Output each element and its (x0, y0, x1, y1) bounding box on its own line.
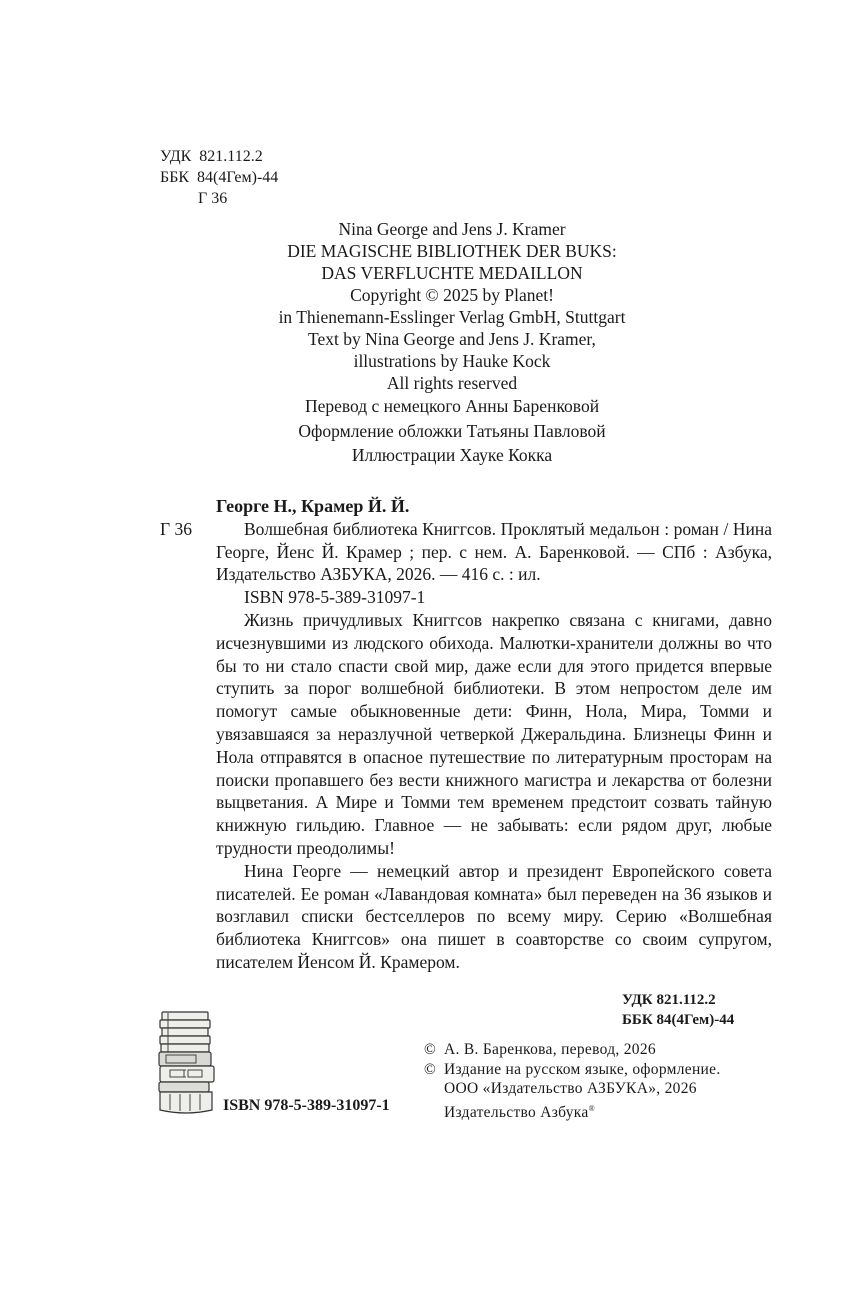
copyright-text: Издание на русском языке, оформление. (444, 1060, 721, 1080)
copyright-symbol: © (424, 1060, 444, 1080)
copyright-symbol (424, 1099, 444, 1123)
book-stack-icon (156, 1010, 216, 1114)
bbk-code: ББК 84(4Гем)-44 (622, 1010, 734, 1030)
credit-line: DAS VERFLUCHTE MEDAILLON (200, 262, 704, 284)
copyright-text: ООО «Издательство АЗБУКА», 2026 (444, 1079, 697, 1099)
bibliographic-record: Георге Н., Крамер Й. Й. Г 36 Волшебная б… (160, 495, 772, 974)
copyright-symbol (424, 1079, 444, 1099)
udk-code: УДК 821.112.2 (622, 990, 734, 1010)
isbn-footer: ISBN 978-5-389-31097-1 (223, 1097, 390, 1115)
copyright-line: © Издание на русском языке, оформление. (424, 1060, 721, 1080)
credits-block: Nina George and Jens J. Kramer DIE MAGIS… (200, 218, 704, 468)
bibliographic-description: Волшебная библиотека Книггсов. Проклятый… (216, 518, 772, 586)
copyright-text: А. В. Баренкова, перевод, 2026 (444, 1040, 656, 1060)
isbn: ISBN 978-5-389-31097-1 (244, 586, 772, 609)
credit-line: Copyright © 2025 by Planet! (200, 284, 704, 306)
copyright-symbol: © (424, 1040, 444, 1060)
credit-line: illustrations by Hauke Kock (200, 350, 704, 372)
classification-codes: УДК 821.112.2 ББК 84(4Гем)-44 Г 36 (160, 146, 278, 209)
copyright-line: © А. В. Баренкова, перевод, 2026 (424, 1040, 721, 1060)
credit-line: in Thienemann-Esslinger Verlag GmbH, Stu… (200, 306, 704, 328)
publisher-name: Издательство Азбука® (444, 1099, 595, 1123)
credit-line: Text by Nina George and Jens J. Kramer, (200, 328, 704, 350)
footer-codes: УДК 821.112.2 ББК 84(4Гем)-44 (622, 990, 734, 1030)
copyright-block: © А. В. Баренкова, перевод, 2026 © Издан… (424, 1040, 721, 1122)
author-mark: Г 36 (160, 188, 278, 209)
bbk-code: ББК 84(4Гем)-44 (160, 167, 278, 188)
copyright-text: Издательство Азбука (444, 1104, 589, 1121)
credit-line: All rights reserved (200, 372, 704, 394)
registered-mark: ® (589, 1104, 595, 1113)
annotation: Жизнь причудливых Книггсов накрепко связ… (216, 609, 772, 860)
copyright-line: ООО «Издательство АЗБУКА», 2026 (424, 1079, 721, 1099)
copyright-line: Издательство Азбука® (424, 1099, 721, 1123)
author-heading: Георге Н., Крамер Й. Й. (216, 495, 772, 518)
credit-line: DIE MAGISCHE BIBLIOTHEK DER BUKS: (200, 240, 704, 262)
author-bio: Нина Георге — немецкий автор и президент… (216, 860, 772, 974)
translator-credit: Перевод с немецкого Анны Баренковой (200, 394, 704, 419)
cover-design-credit: Оформление обложки Татьяны Павловой (200, 419, 704, 444)
author-mark: Г 36 (160, 518, 216, 586)
credit-line: Nina George and Jens J. Kramer (200, 218, 704, 240)
illustrations-credit: Иллюстрации Хауке Кокка (200, 443, 704, 468)
udk-code: УДК 821.112.2 (160, 146, 278, 167)
